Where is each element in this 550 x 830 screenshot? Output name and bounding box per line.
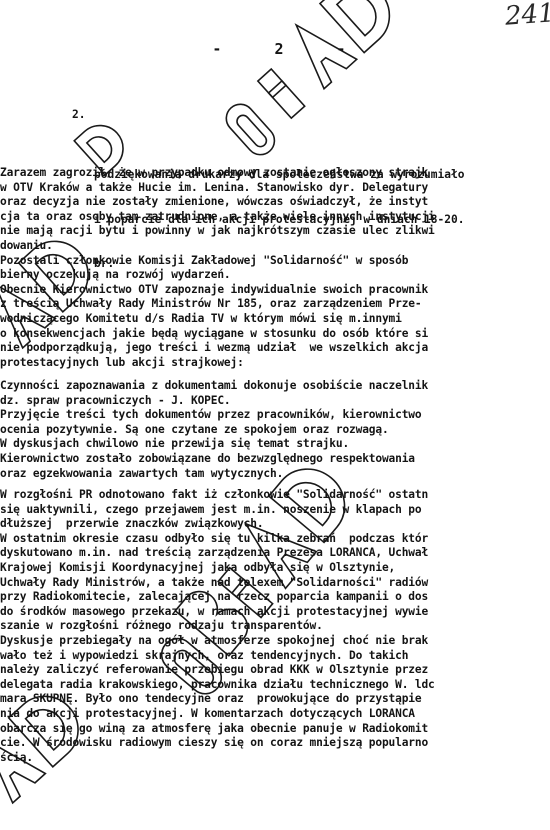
text-line: Przyjęcie treści tych dokumentów przez p… — [0, 408, 550, 423]
text-line: Obecnie Kierownictwo OTV zapoznaje indyw… — [0, 283, 550, 298]
text-line: Pozostali członkowie Komisji Zakładowej … — [0, 254, 550, 269]
text-line: dowaniu. — [0, 239, 550, 254]
text-line: protestacyjnych lub akcji strajkowej: — [0, 356, 550, 371]
text-line: cie. W środowisku radiowym cieszy się on… — [0, 736, 550, 751]
text-line: dłuższej przerwie znaczków związkowych. — [0, 517, 550, 532]
text-line: Dyskusje przebiegały na ogół w atmosferz… — [0, 634, 550, 649]
text-line: o konsekwencjach jakie będą wyciągane w … — [0, 327, 550, 342]
handwritten-page-number: 241 — [504, 0, 550, 32]
text-line: W rozgłośni PR odnotowano fakt iż członk… — [0, 488, 550, 503]
text-line: obarcza się go winą za atmosferę jaka ob… — [0, 722, 550, 737]
text-line: W dyskusjach chwilowo nie przewija się t… — [0, 437, 550, 452]
text-line: należy zaliczyć referowanie przebiegu ob… — [0, 663, 550, 678]
text-line: wało też i wypowiedzi skrajnych, oraz te… — [0, 649, 550, 664]
text-line: ścią. — [0, 751, 550, 766]
numbered-item: 2. podziękowania drukarzy dla społeczeńs… — [72, 92, 550, 152]
text-line: cja ta oraz osoby tam zatrudnione, a tak… — [0, 210, 550, 225]
text-line: mara SKUPNĘ. Było ono tendecyjne oraz pr… — [0, 692, 550, 707]
text-line: dyskutowano m.in. nad treścią zarządzeni… — [0, 546, 550, 561]
text-line: dz. spraw pracowniczych - J. KOPEC. — [0, 394, 550, 409]
text-line: oraz decyzja nie zostały zmienione, wówc… — [0, 195, 550, 210]
text-line: nie podporządkują, jego treści i wezmą u… — [0, 341, 550, 356]
text-line: przy Radiokomitecie, zalecającej na rzec… — [0, 590, 550, 605]
text-line: do środków masowego przekazu, w ramach a… — [0, 605, 550, 620]
text-line: wodniczącego Komitetu d/s Radia TV w któ… — [0, 312, 550, 327]
text-line: szanie w rozgłośni różnego rodzaju trans… — [0, 619, 550, 634]
page-number: - 2 - — [0, 40, 550, 58]
body-paragraph-2: Czynności zapoznawania z dokumentami dok… — [0, 379, 550, 481]
text-line: w OTV Kraków a także Hucie im. Lenina. S… — [0, 181, 550, 196]
item-number: 2. — [72, 107, 85, 122]
text-line: nie mają racji bytu i powinny w jak najk… — [0, 224, 550, 239]
text-line: ocenia pozytywnie. Są one czytane ze spo… — [0, 423, 550, 438]
text-line: Krajowej Komisji Koordynacyjnej jaka odb… — [0, 561, 550, 576]
text-line: nia do akcji protestacyjnej. W komentarz… — [0, 707, 550, 722]
body-paragraph-3: W rozgłośni PR odnotowano fakt iż członk… — [0, 488, 550, 765]
text-line: Czynności zapoznawania z dokumentami dok… — [0, 379, 550, 394]
text-line: W ostatnim okresie czasu odbyło się tu k… — [0, 532, 550, 547]
text-line: bierny oczekują na rozwój wydarzeń. — [0, 268, 550, 283]
text-line: Kierownictwo zostało zobowiązane do bezw… — [0, 452, 550, 467]
text-line: się uaktywnili, czego przejawem jest m.i… — [0, 503, 550, 518]
text-line: z treścią Uchwały Rady Ministrów Nr 185,… — [0, 297, 550, 312]
text-line: delegata radia krakowskiego, pracownika … — [0, 678, 550, 693]
text-line: Uchwały Rady Ministrów, a także nad tele… — [0, 576, 550, 591]
text-line: Zarazem zagroził, że w przypadku odmowy … — [0, 166, 550, 181]
document-page: 241 - 2 - 2. podziękowania drukarzy dla … — [0, 0, 550, 830]
body-paragraph-1: Zarazem zagroził, że w przypadku odmowy … — [0, 166, 550, 370]
text-line: oraz egzekwowania zawartych tam wytyczny… — [0, 467, 550, 482]
